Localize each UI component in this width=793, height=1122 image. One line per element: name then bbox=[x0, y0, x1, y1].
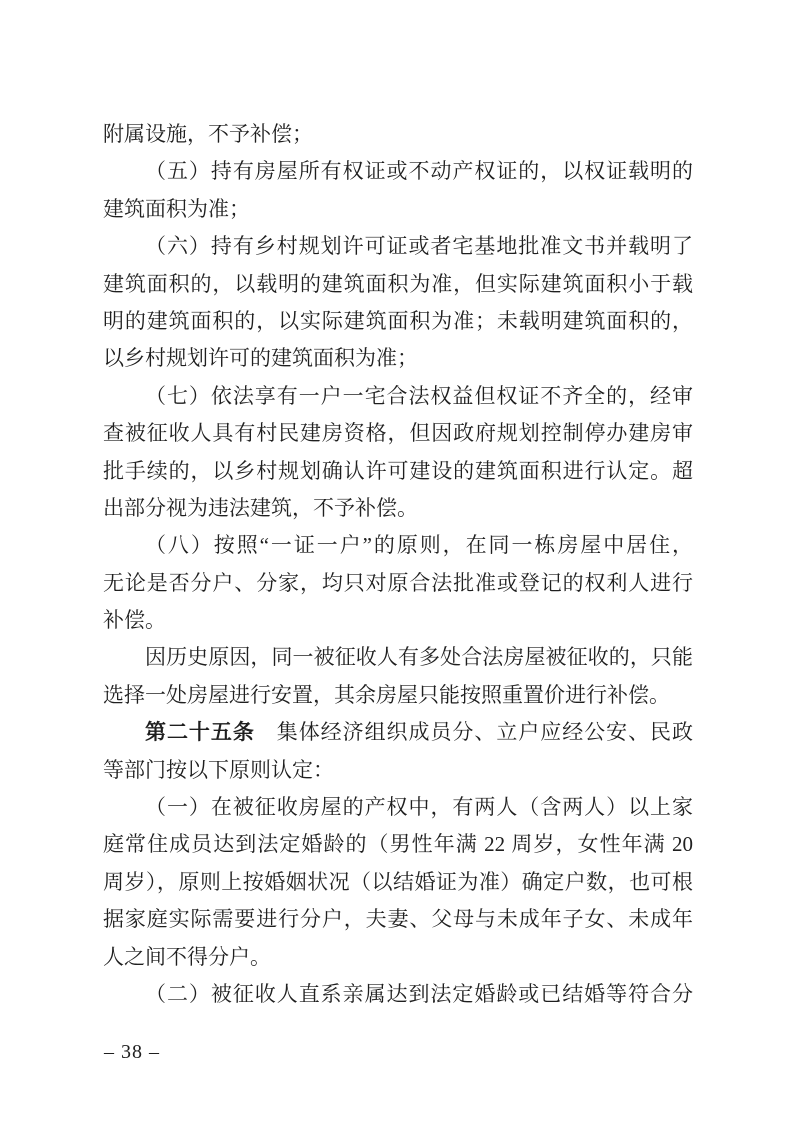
text-line: 据家庭实际需要进行分户，夫妻、父母与未成年子女、未成年 bbox=[103, 901, 693, 938]
text-line: 庭常住成员达到法定婚龄的（男性年满 22 周岁，女性年满 20 bbox=[103, 826, 693, 863]
text-line: （一）在被征收房屋的产权中，有两人（含两人）以上家 bbox=[103, 789, 693, 826]
text-line: 补偿。 bbox=[103, 602, 693, 639]
text-line: 周岁），原则上按婚姻状况（以结婚证为准）确定户数，也可根 bbox=[103, 864, 693, 901]
article-number-heading: 第二十五条 bbox=[145, 720, 255, 744]
text-line: （八）按照“一证一户”的原则，在同一栋房屋中居住， bbox=[103, 527, 693, 564]
text-line: （六）持有乡村规划许可证或者宅基地批准文书并载明了 bbox=[103, 228, 693, 265]
text-segment: （五）持有房屋所有权证或不动产权证的，以权证载明的 bbox=[145, 159, 693, 183]
text-segment: （一）在被征收房屋的产权中，有两人（含两人）以上家 bbox=[145, 795, 693, 819]
text-line: 附属设施，不予补偿； bbox=[103, 116, 693, 153]
text-segment: 人之间不得分户。 bbox=[103, 945, 271, 969]
text-segment: 建筑面积的，以载明的建筑面积为准，但实际建筑面积小于载 bbox=[103, 272, 693, 296]
text-segment: （八）按照“一证一户”的原则，在同一栋房屋中居住， bbox=[145, 533, 693, 557]
text-segment: 查被征收人具有村民建房资格，但因政府规划控制停办建房审 bbox=[103, 421, 693, 445]
text-line: 批手续的，以乡村规划确认许可建设的建筑面积进行认定。超 bbox=[103, 453, 693, 490]
text-segment: 无论是否分户、分家，均只对原合法批准或登记的权利人进行 bbox=[103, 571, 693, 595]
text-segment: 因历史原因，同一被征收人有多处合法房屋被征收的，只能 bbox=[145, 645, 693, 669]
text-line: （五）持有房屋所有权证或不动产权证的，以权证载明的 bbox=[103, 153, 693, 190]
text-segment: （二）被征收人直系亲属达到法定婚龄或已结婚等符合分 bbox=[145, 982, 693, 1006]
text-line: 等部门按以下原则认定： bbox=[103, 752, 693, 789]
text-line: （二）被征收人直系亲属达到法定婚龄或已结婚等符合分 bbox=[103, 976, 693, 1013]
text-segment: 附属设施，不予补偿； bbox=[103, 122, 313, 146]
text-line: 因历史原因，同一被征收人有多处合法房屋被征收的，只能 bbox=[103, 639, 693, 676]
text-segment: 批手续的，以乡村规划确认许可建设的建筑面积进行认定。超 bbox=[103, 459, 693, 483]
text-segment: 明的建筑面积的，以实际建筑面积为准；未载明建筑面积的， bbox=[103, 309, 693, 333]
text-segment: 庭常住成员达到法定婚龄的（男性年满 22 周岁，女性年满 20 bbox=[103, 832, 693, 856]
text-segment: 周岁），原则上按婚姻状况（以结婚证为准）确定户数，也可根 bbox=[103, 870, 693, 894]
page-number: – 38 – bbox=[104, 1040, 160, 1064]
text-segment: 建筑面积为准； bbox=[103, 197, 250, 221]
text-segment: （六）持有乡村规划许可证或者宅基地批准文书并载明了 bbox=[145, 234, 693, 258]
text-line: 以乡村规划许可的建筑面积为准； bbox=[103, 340, 693, 377]
text-segment: 以乡村规划许可的建筑面积为准； bbox=[103, 346, 418, 370]
text-segment: 据家庭实际需要进行分户，夫妻、父母与未成年子女、未成年 bbox=[103, 907, 693, 931]
text-segment: 集体经济组织成员分、立户应经公安、民政 bbox=[255, 720, 693, 744]
text-line: 第二十五条 集体经济组织成员分、立户应经公安、民政 bbox=[103, 714, 693, 751]
text-line: 选择一处房屋进行安置，其余房屋只能按照重置价进行补偿。 bbox=[103, 677, 693, 714]
text-segment: 等部门按以下原则认定： bbox=[103, 758, 334, 782]
text-segment: （七）依法享有一户一宅合法权益但权证不齐全的，经审 bbox=[145, 384, 693, 408]
text-segment: 选择一处房屋进行安置，其余房屋只能按照重置价进行补偿。 bbox=[103, 683, 670, 707]
text-line: 出部分视为违法建筑，不予补偿。 bbox=[103, 490, 693, 527]
document-page: 附属设施，不予补偿；（五）持有房屋所有权证或不动产权证的，以权证载明的建筑面积为… bbox=[0, 0, 793, 1122]
text-line: 无论是否分户、分家，均只对原合法批准或登记的权利人进行 bbox=[103, 565, 693, 602]
text-line: 建筑面积为准； bbox=[103, 191, 693, 228]
text-line: 查被征收人具有村民建房资格，但因政府规划控制停办建房审 bbox=[103, 415, 693, 452]
text-line: 明的建筑面积的，以实际建筑面积为准；未载明建筑面积的， bbox=[103, 303, 693, 340]
text-line: 建筑面积的，以载明的建筑面积为准，但实际建筑面积小于载 bbox=[103, 266, 693, 303]
text-segment: 出部分视为违法建筑，不予补偿。 bbox=[103, 496, 418, 520]
text-segment: 补偿。 bbox=[103, 608, 166, 632]
text-line: 人之间不得分户。 bbox=[103, 939, 693, 976]
text-line: （七）依法享有一户一宅合法权益但权证不齐全的，经审 bbox=[103, 378, 693, 415]
document-body: 附属设施，不予补偿；（五）持有房屋所有权证或不动产权证的，以权证载明的建筑面积为… bbox=[103, 116, 693, 1013]
